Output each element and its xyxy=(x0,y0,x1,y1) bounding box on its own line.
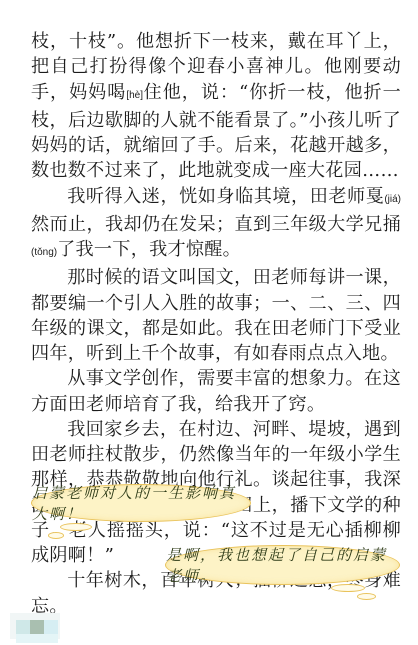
paragraph-1: 枝，十枝”。他想折下一枝来，戴在耳丫上，把自己打扮得像个迎春小喜神儿。他刚要动手… xyxy=(31,29,401,184)
paragraph-2: 我听得入迷，恍如身临其境，田老师戛(jiá)然而止，我却仍在发呆；直到三年级大学… xyxy=(31,184,401,266)
thought-dot-small xyxy=(48,532,64,539)
paragraph-3: 那时候的语文叫国文，田老师每讲一课，都要编一个引人入胜的故事；一、二、三、四年级… xyxy=(31,265,401,366)
article-body: 枝，十枝”。他想折下一枝来，戴在耳丫上，把自己打扮得像个迎春小喜神儿。他刚要动手… xyxy=(31,29,401,619)
paragraph-text-cont-2: 了我一下，我才惊醒。 xyxy=(57,239,241,260)
pinyin-annotation-2: (tǒng) xyxy=(31,247,57,258)
pixelated-watermark xyxy=(0,605,90,645)
pinyin-annotation: (jiá) xyxy=(384,194,401,205)
bubble-text: 启蒙老师对人的一生影响真大啊！ xyxy=(32,482,250,524)
paragraph-text: 我听得入迷，恍如身临其境，田老师戛 xyxy=(67,186,384,207)
bubble-text: 是啊，我也想起了自己的启蒙老师。 xyxy=(166,544,399,586)
thought-dot-small xyxy=(357,593,376,600)
paragraph-text-cont: 然而止，我却仍在发呆；直到三年级大学兄捅 xyxy=(31,214,401,235)
thought-dot-large xyxy=(331,584,365,592)
thought-bubble-1: 启蒙老师对人的一生影响真大啊！ xyxy=(31,484,251,522)
thought-dot-large xyxy=(60,523,92,531)
pinyin-annotation: [hè] xyxy=(126,90,143,101)
thought-bubble-2: 是啊，我也想起了自己的启蒙老师。 xyxy=(165,545,400,585)
paragraph-4: 从事文学创作，需要丰富的想象力。在这方面田老师培育了我，给我开了窍。 xyxy=(31,366,401,417)
